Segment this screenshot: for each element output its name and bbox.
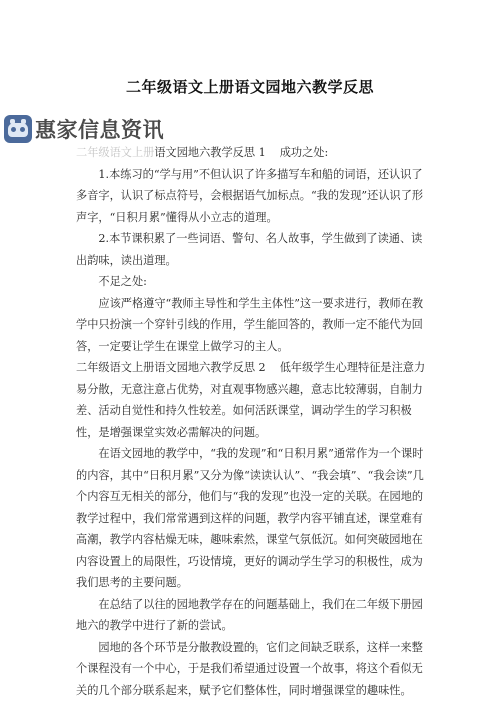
section1-heading-faded: 二年级语文上册 <box>76 146 154 159</box>
document-body: 二年级语文上册语文园地六教学反思 1成功之处: 1.本练习的“学与用”不但认识了… <box>76 142 426 701</box>
section2: 二年级语文上册语文园地六教学反思 2低年级学生心理特征是注意力易分散，无意注意占… <box>76 357 426 443</box>
paragraph-5: 在总结了以往的园地教学存在的问题基础上，我们在二年级下册园地六的教学中进行了新的… <box>76 594 426 637</box>
page-footer: 第 1 页共 3 页 <box>0 643 500 654</box>
game-robot-logo-icon <box>4 115 32 143</box>
section1-heading-text: 语文园地六教学反思 1 <box>154 146 265 159</box>
paragraph-1: 1.本练习的“学与用”不但认识了许多描写车和船的词语，还认识了多音字，认识了标点… <box>76 164 426 229</box>
paragraph-4: 在语文园地的教学中，“我的发现”和“日积月累”通常作为一个课时的内容，其中“日积… <box>76 443 426 594</box>
watermark: 惠家信息资讯 <box>4 114 164 144</box>
page-title: 二年级语文上册语文园地六教学反思 <box>0 76 500 97</box>
subheading-shortcomings: 不足之处: <box>76 271 426 293</box>
section1-lead: 成功之处: <box>280 146 329 159</box>
section2-heading: 二年级语文上册语文园地六教学反思 2 <box>76 361 266 374</box>
paragraph-2: 2.本节课积累了一些词语、警句、名人故事，学生做到了读通、读出韵味，读出道理。 <box>76 228 426 271</box>
watermark-text: 惠家信息资讯 <box>35 114 164 144</box>
paragraph-3: 应该严格遵守“教师主导性和学生主体性”这一要求进行，教师在教学中只扮演一个穿针引… <box>76 293 426 358</box>
section1-heading: 二年级语文上册语文园地六教学反思 1成功之处: <box>76 142 426 164</box>
